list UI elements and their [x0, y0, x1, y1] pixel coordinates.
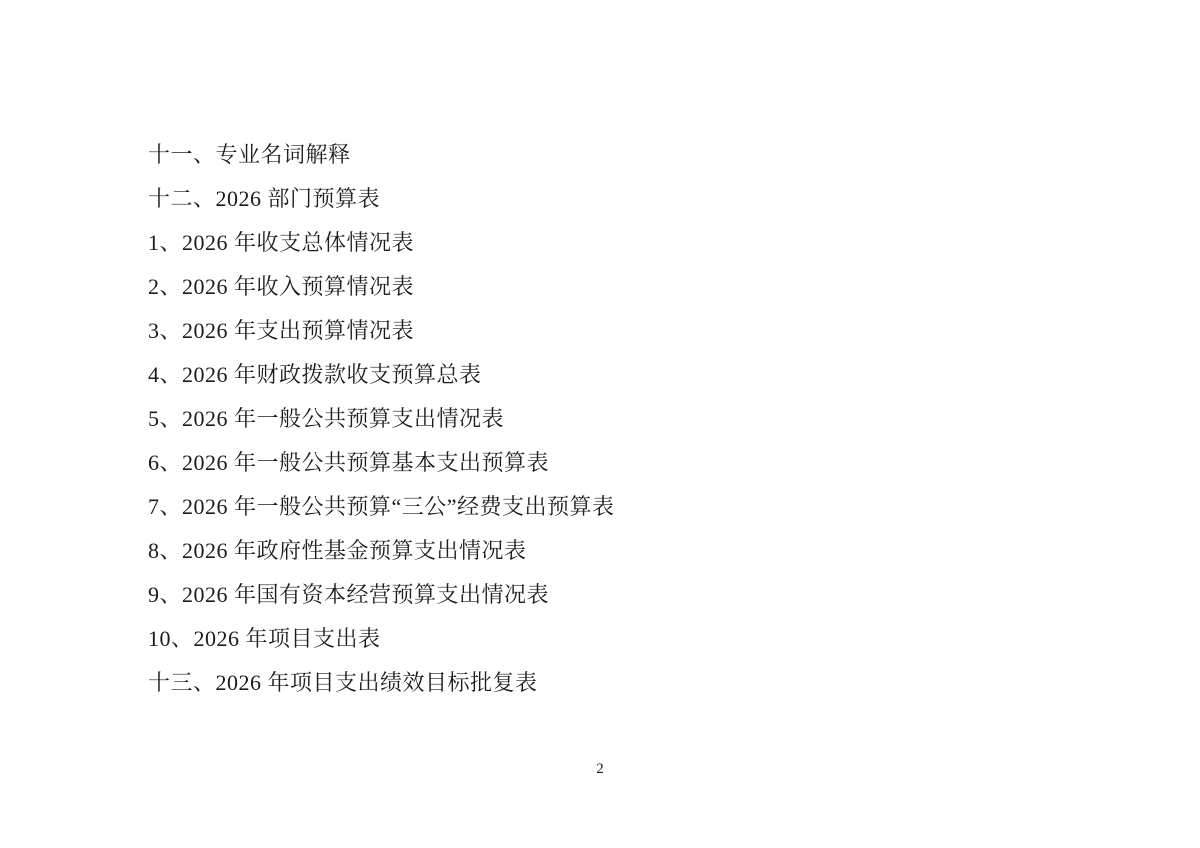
toc-line: 8、2026 年政府性基金预算支出情况表 — [148, 529, 1100, 573]
toc-line: 十三、2026 年项目支出绩效目标批复表 — [148, 661, 1100, 705]
toc-line: 十一、专业名词解释 — [148, 133, 1100, 177]
page-number: 2 — [0, 760, 1200, 778]
toc-line: 10、2026 年项目支出表 — [148, 617, 1100, 661]
document-page: 十一、专业名词解释 十二、2026 部门预算表 1、2026 年收支总体情况表 … — [0, 0, 1200, 848]
toc-line: 3、2026 年支出预算情况表 — [148, 309, 1100, 353]
toc-list: 十一、专业名词解释 十二、2026 部门预算表 1、2026 年收支总体情况表 … — [148, 133, 1100, 705]
toc-line: 6、2026 年一般公共预算基本支出预算表 — [148, 441, 1100, 485]
toc-line: 5、2026 年一般公共预算支出情况表 — [148, 397, 1100, 441]
toc-line: 1、2026 年收支总体情况表 — [148, 221, 1100, 265]
toc-line: 7、2026 年一般公共预算“三公”经费支出预算表 — [148, 485, 1100, 529]
toc-line: 十二、2026 部门预算表 — [148, 177, 1100, 221]
toc-line: 9、2026 年国有资本经营预算支出情况表 — [148, 573, 1100, 617]
toc-line: 4、2026 年财政拨款收支预算总表 — [148, 353, 1100, 397]
toc-line: 2、2026 年收入预算情况表 — [148, 265, 1100, 309]
